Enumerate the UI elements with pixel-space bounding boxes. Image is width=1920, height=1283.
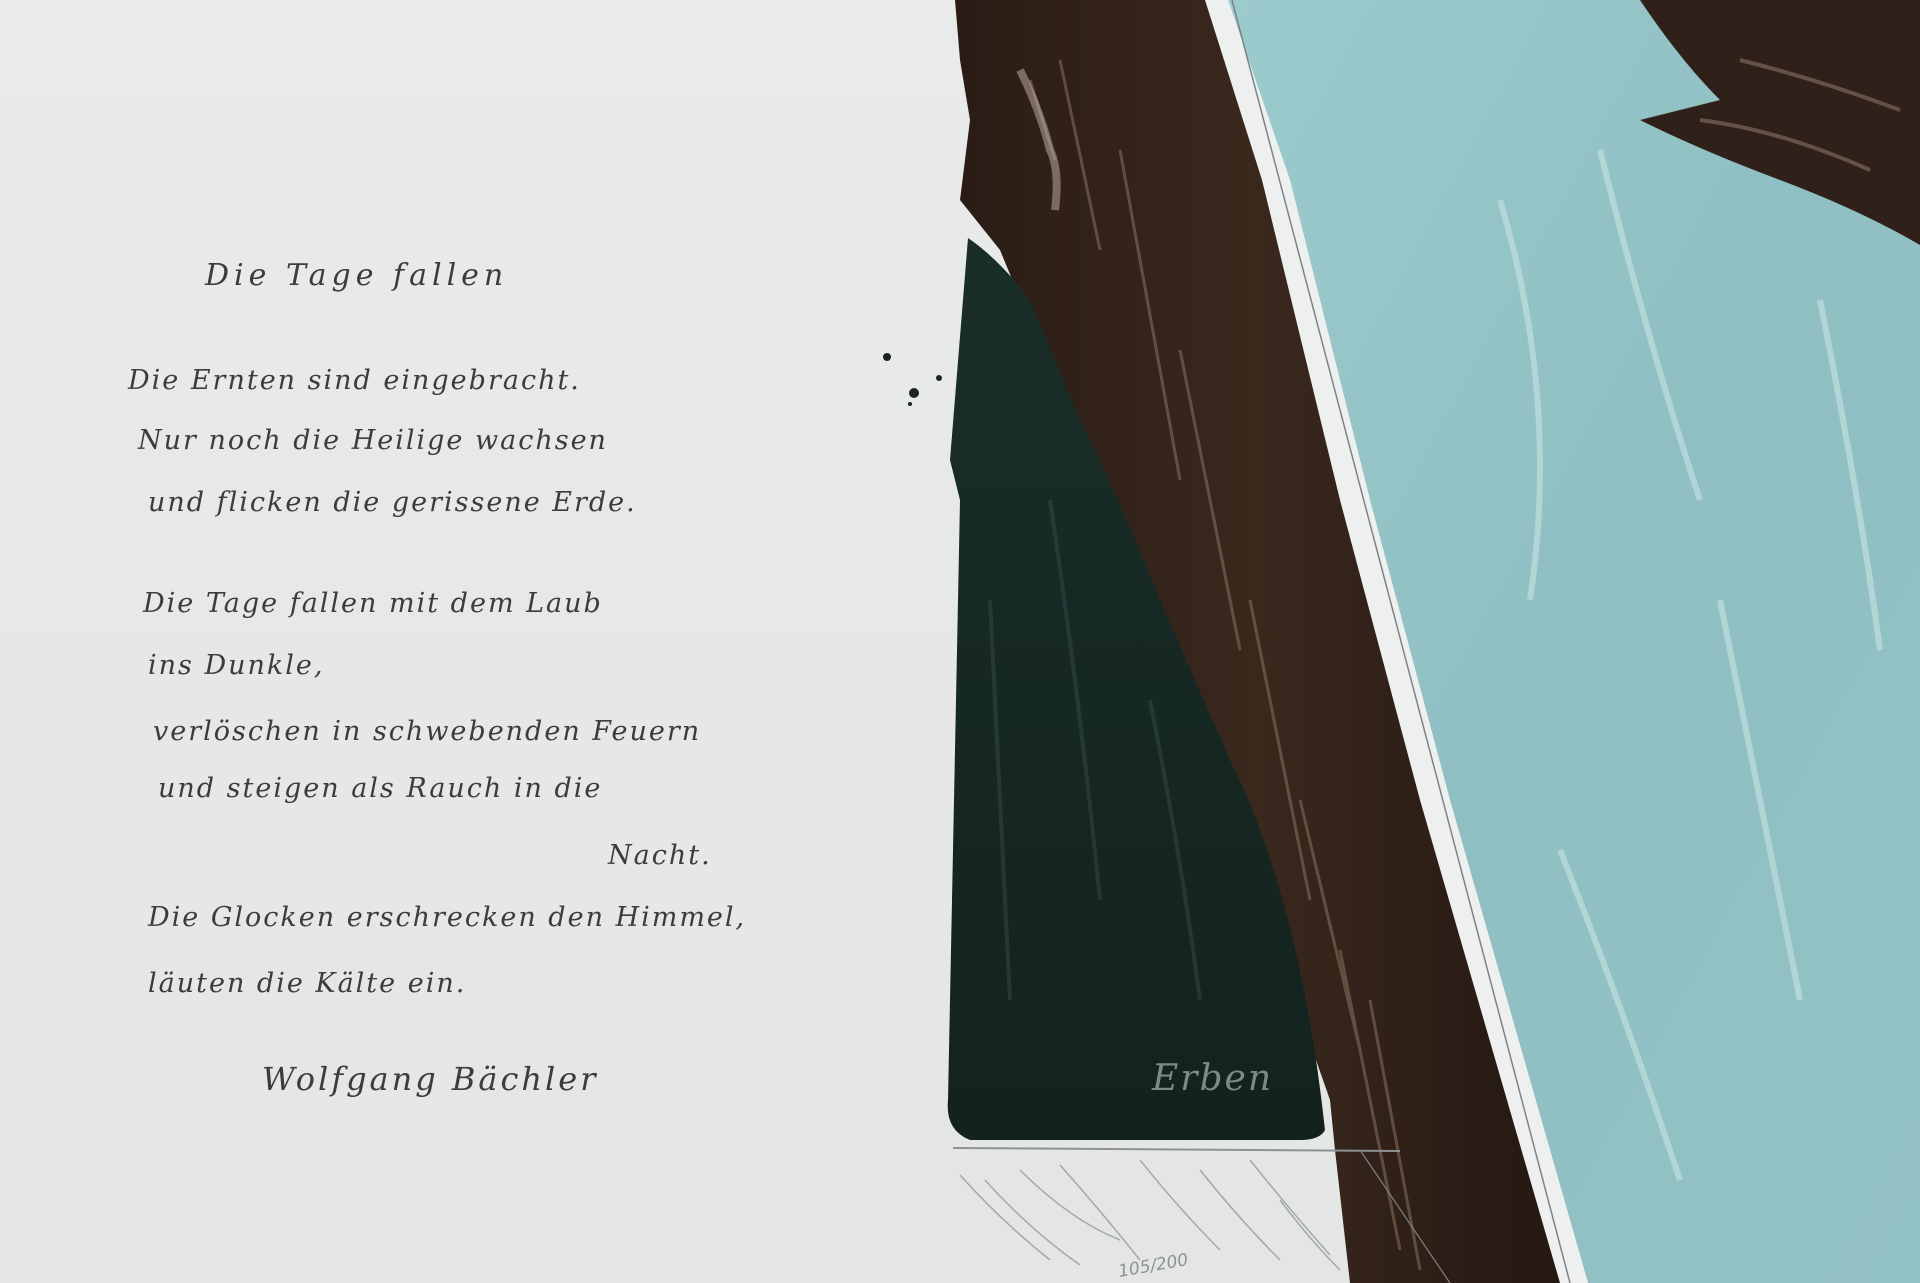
abstract-artwork [0, 0, 1920, 1283]
artist-signature: Erben [1152, 1058, 1273, 1099]
print-sheet: Die Tage fallen Die Ernten sind eingebra… [0, 0, 1920, 1283]
